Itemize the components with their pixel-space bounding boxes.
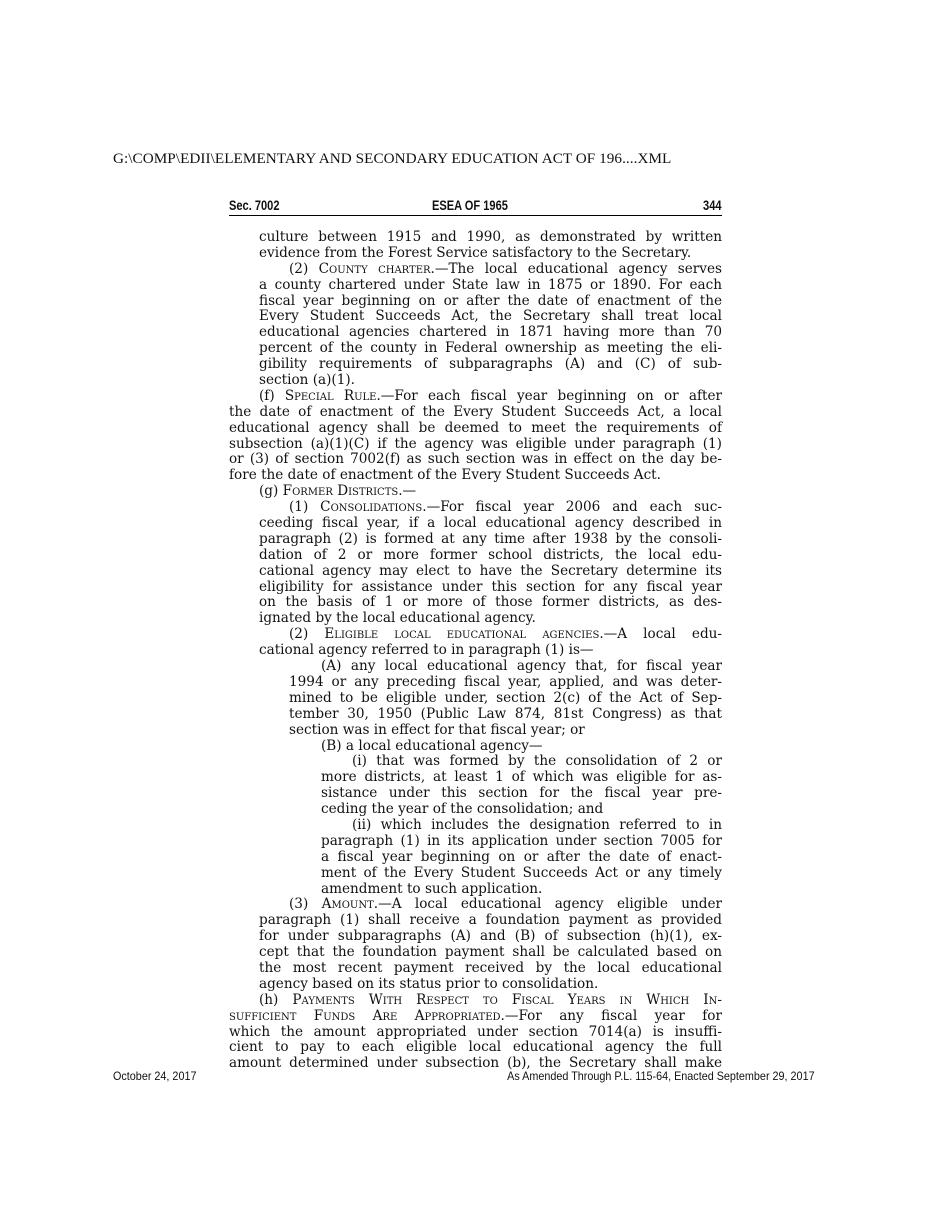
paragraph-text: ceding the year of the consolidation; an… [321, 801, 603, 817]
text-line: (A) any local educational agency that, f… [229, 659, 722, 675]
text-line: section was in effect for that fiscal ye… [229, 723, 722, 739]
text-line: dation of 2 or more former school distri… [229, 548, 722, 564]
text-line: the date of enactment of the Every Stude… [229, 405, 722, 421]
text-line: cational agency may elect to have the Se… [229, 564, 722, 580]
paragraph-text: for under subparagraphs (A) and (B) of s… [259, 928, 722, 944]
paragraph-text: (B) a local educational agency— [321, 738, 543, 754]
text-line: ignated by the local educational agency. [229, 611, 722, 627]
text-line: the most recent payment received by the … [229, 961, 722, 977]
text-line: tember 30, 1950 (Public Law 874, 81st Co… [229, 707, 722, 723]
text-line: (2) Eligible local educational agencies.… [229, 627, 722, 643]
text-line: sufficient Funds Are Appropriated.—For a… [229, 1009, 722, 1025]
paragraph-text: tember 30, 1950 (Public Law 874, 81st Co… [289, 706, 722, 722]
text-line: paragraph (2) is formed at any time afte… [229, 532, 722, 548]
paragraph-text: or (3) of section 7002(f) as such sectio… [229, 451, 722, 467]
paragraph-designator: (g) [259, 483, 283, 499]
paragraph-text: paragraph (1) in its application under s… [321, 833, 722, 849]
text-line: (f) Special Rule.—For each fiscal year b… [229, 389, 722, 405]
paragraph-heading: Special Rule. [285, 388, 381, 404]
text-line: or (3) of section 7002(f) as such sectio… [229, 452, 722, 468]
text-line: ceding the year of the consolidation; an… [229, 802, 722, 818]
paragraph-heading: County charter. [319, 261, 435, 277]
paragraph-text: which the amount appropriated under sect… [229, 1024, 722, 1040]
text-line: on the basis of 1 or more of those forme… [229, 595, 722, 611]
paragraph-heading: Eligible local educational agencies. [324, 626, 603, 642]
paragraph-text: Every Student Succeeds Act, the Secretar… [259, 308, 722, 324]
text-line: (2) County charter.—The local educationa… [229, 262, 722, 278]
paragraph-text: (ii) which includes the designation refe… [352, 817, 722, 833]
paragraph-text: ignated by the local educational agency. [259, 610, 536, 626]
paragraph-text: sistance under this section for the fisc… [321, 785, 722, 801]
text-line: a fiscal year beginning on or after the … [229, 850, 722, 866]
paragraph-text: a fiscal year beginning on or after the … [321, 849, 722, 865]
text-line: 1994 or any preceding fiscal year, appli… [229, 675, 722, 691]
text-line: amendment to such application. [229, 882, 722, 898]
paragraph-text: ceeding fiscal year, if a local educatio… [259, 515, 722, 531]
text-line: paragraph (1) shall receive a foundation… [229, 913, 722, 929]
text-line: more districts, at least 1 of which was … [229, 770, 722, 786]
paragraph-heading: Payments With Respect to Fiscal Years in… [292, 992, 722, 1008]
paragraph-text: paragraph (2) is formed at any time afte… [259, 531, 722, 547]
text-line: paragraph (1) in its application under s… [229, 834, 722, 850]
paragraph-text: a county chartered under State law in 18… [259, 277, 722, 293]
text-line: cient to pay to each eligible local educ… [229, 1040, 722, 1056]
paragraph-heading: Former Districts. [283, 483, 403, 499]
text-line: ment of the Every Student Succeeds Act o… [229, 866, 722, 882]
text-line: (i) that was formed by the consolidation… [229, 754, 722, 770]
text-line: section (a)(1). [229, 373, 722, 389]
text-line: educational agencies chartered in 1871 h… [229, 325, 722, 341]
text-line: (1) Consolidations.—For fiscal year 2006… [229, 500, 722, 516]
text-line: gibility requirements of subparagraphs (… [229, 357, 722, 373]
text-line: evidence from the Forest Service satisfa… [229, 246, 722, 262]
text-line: (g) Former Districts.— [229, 484, 722, 500]
paragraph-text: educational agency shall be deemed to me… [229, 420, 722, 436]
paragraph-text: (A) any local educational agency that, f… [321, 658, 722, 674]
paragraph-heading: sufficient Funds Are Appropriated. [229, 1008, 505, 1024]
text-line: (B) a local educational agency— [229, 739, 722, 755]
paragraph-text: ment of the Every Student Succeeds Act o… [321, 865, 722, 881]
paragraph-text: on the basis of 1 or more of those forme… [259, 594, 722, 610]
paragraph-designator: (3) [289, 896, 322, 912]
paragraph-text: —For each fiscal year beginning on or af… [381, 388, 722, 404]
print-date: October 24, 2017 [113, 1069, 196, 1083]
text-line: (ii) which includes the designation refe… [229, 818, 722, 834]
paragraph-heading: Consolidations. [320, 499, 426, 515]
paragraph-text: evidence from the Forest Service satisfa… [259, 245, 691, 261]
paragraph-text: dation of 2 or more former school distri… [259, 547, 722, 563]
act-title: ESEA OF 1965 [432, 198, 508, 213]
text-line: agency based on its status prior to cons… [229, 977, 722, 993]
text-line: (h) Payments With Respect to Fiscal Year… [229, 993, 722, 1009]
page-number: 344 [704, 198, 722, 213]
paragraph-text: 1994 or any preceding fiscal year, appli… [289, 674, 722, 690]
paragraph-heading: Amount. [322, 896, 378, 912]
paragraph-text: more districts, at least 1 of which was … [321, 769, 722, 785]
paragraph-designator: (1) [289, 499, 320, 515]
text-line: cept that the foundation payment shall b… [229, 945, 722, 961]
file-path-header: G:\COMP\EDII\ELEMENTARY AND SECONDARY ED… [113, 150, 671, 168]
paragraph-text: —A local edu- [604, 626, 722, 642]
paragraph-text: amendment to such application. [321, 881, 542, 897]
paragraph-text: —For fiscal year 2006 and each suc- [427, 499, 722, 515]
paragraph-text: cient to pay to each eligible local educ… [229, 1039, 722, 1055]
paragraph-text: subsection (a)(1)(C) if the agency was e… [229, 436, 722, 452]
paragraph-text: fore the date of enactment of the Every … [229, 467, 661, 483]
text-line: sistance under this section for the fisc… [229, 786, 722, 802]
text-line: a county chartered under State law in 18… [229, 278, 722, 294]
paragraph-text: mined to be eligible under, section 2(c)… [289, 690, 722, 706]
text-line: for under subparagraphs (A) and (B) of s… [229, 929, 722, 945]
paragraph-text: educational agencies chartered in 1871 h… [259, 324, 722, 340]
paragraph-text: —A local educational agency eligible und… [378, 896, 722, 912]
paragraph-designator: (2) [289, 261, 319, 277]
text-line: subsection (a)(1)(C) if the agency was e… [229, 437, 722, 453]
text-line: culture between 1915 and 1990, as demons… [229, 230, 722, 246]
paragraph-text: percent of the county in Federal ownersh… [259, 340, 722, 356]
running-head: Sec. 7002 ESEA OF 1965 344 [229, 197, 722, 216]
paragraph-text: the date of enactment of the Every Stude… [229, 404, 722, 420]
text-line: fore the date of enactment of the Every … [229, 468, 722, 484]
paragraph-designator: (h) [259, 992, 292, 1008]
paragraph-text: cept that the foundation payment shall b… [259, 944, 722, 960]
paragraph-text: agency based on its status prior to cons… [259, 976, 598, 992]
amendment-note: As Amended Through P.L. 115-64, Enacted … [508, 1069, 815, 1083]
text-line: mined to be eligible under, section 2(c)… [229, 691, 722, 707]
paragraph-designator: (2) [289, 626, 324, 642]
section-number: Sec. 7002 [229, 198, 279, 213]
statute-body: culture between 1915 and 1990, as demons… [229, 230, 722, 1072]
paragraph-text: cational agency may elect to have the Se… [259, 563, 722, 579]
paragraph-text: section was in effect for that fiscal ye… [289, 722, 585, 738]
paragraph-designator: (f) [259, 388, 285, 404]
paragraph-text: section (a)(1). [259, 372, 355, 388]
paragraph-text: —The local educational agency serves [435, 261, 722, 277]
text-line: which the amount appropriated under sect… [229, 1025, 722, 1041]
paragraph-text: fiscal year beginning on or after the da… [259, 293, 722, 309]
text-line: percent of the county in Federal ownersh… [229, 341, 722, 357]
paragraph-text: paragraph (1) shall receive a foundation… [259, 912, 722, 928]
text-line: Every Student Succeeds Act, the Secretar… [229, 309, 722, 325]
paragraph-text: — [403, 483, 417, 499]
text-line: educational agency shall be deemed to me… [229, 421, 722, 437]
text-line: eligibility for assistance under this se… [229, 580, 722, 596]
paragraph-text: the most recent payment received by the … [259, 960, 722, 976]
text-line: (3) Amount.—A local educational agency e… [229, 897, 722, 913]
text-line: ceeding fiscal year, if a local educatio… [229, 516, 722, 532]
paragraph-text: cational agency referred to in paragraph… [259, 642, 594, 658]
text-line: cational agency referred to in paragraph… [229, 643, 722, 659]
paragraph-text: —For any fiscal year for [505, 1008, 722, 1024]
paragraph-text: culture between 1915 and 1990, as demons… [259, 229, 722, 245]
paragraph-text: eligibility for assistance under this se… [259, 579, 722, 595]
paragraph-text: gibility requirements of subparagraphs (… [259, 356, 722, 372]
text-line: fiscal year beginning on or after the da… [229, 294, 722, 310]
paragraph-text: (i) that was formed by the consolidation… [352, 753, 722, 769]
